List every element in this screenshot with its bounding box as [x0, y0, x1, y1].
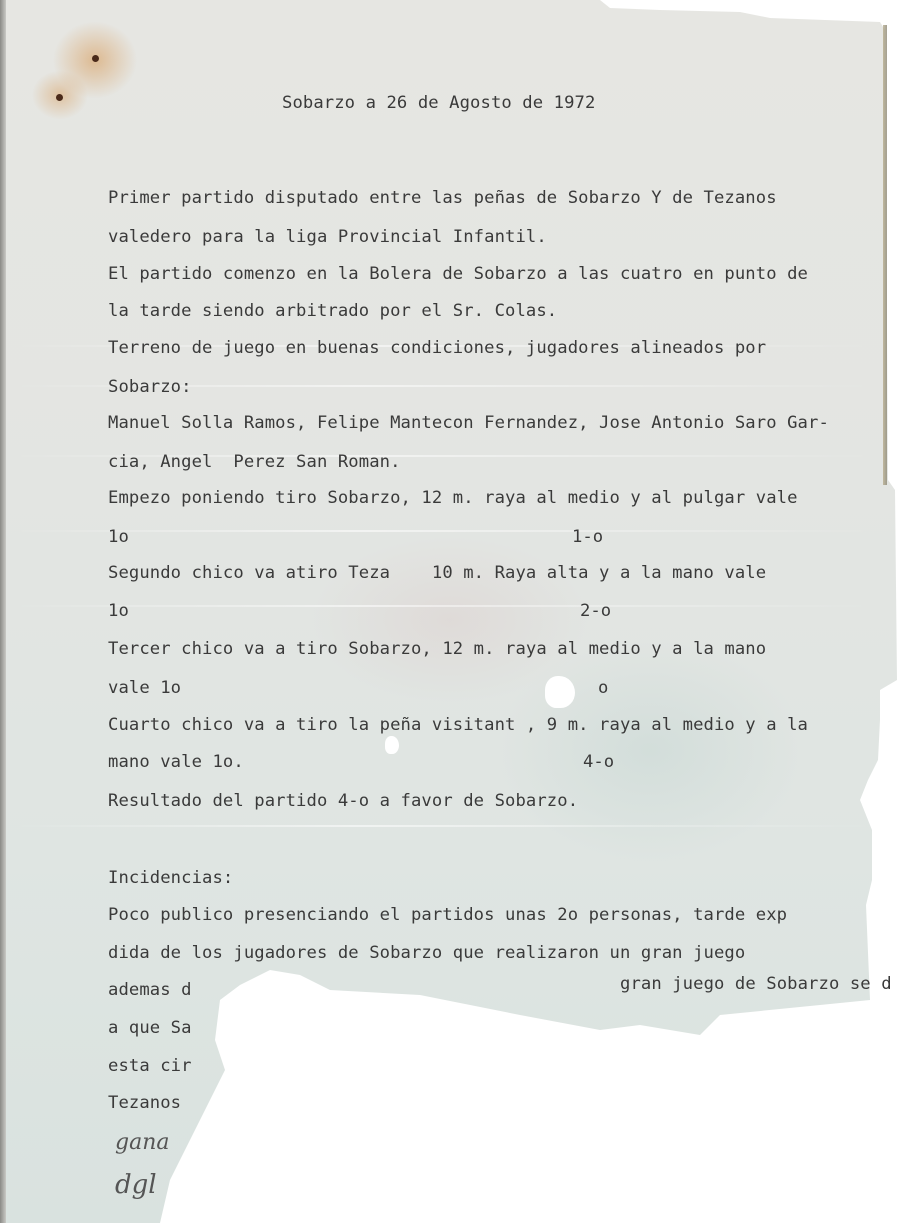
body-line: vale 1o	[108, 678, 181, 698]
paper-hole	[545, 676, 575, 708]
paper-hole	[385, 736, 399, 754]
incidencias-line: a que Sa	[108, 1018, 192, 1038]
body-line: Resultado del partido 4-o a favor de Sob…	[108, 791, 578, 811]
document-heading: Sobarzo a 26 de Agosto de 1972	[282, 93, 595, 113]
body-line: Primer partido disputado entre las peñas…	[108, 188, 777, 208]
handwritten-note: dgl	[115, 1170, 157, 1200]
body-line: valedero para la liga Provincial Infanti…	[108, 227, 547, 247]
incidencias-line: Tezanos	[108, 1093, 181, 1113]
score-value: 4-o	[583, 752, 614, 772]
body-line: 1o	[108, 601, 129, 621]
incidencias-heading: Incidencias:	[108, 868, 233, 888]
body-line: Sobarzo:	[108, 377, 192, 397]
score-value: o	[598, 678, 608, 698]
body-line: Tercer chico va a tiro Sobarzo, 12 m. ra…	[108, 639, 766, 659]
rust-stain-icon	[56, 94, 63, 101]
paper-crease	[10, 530, 880, 532]
incidencias-line: gran juego de Sobarzo se d	[620, 974, 892, 994]
body-line: El partido comenzo en la Bolera de Sobar…	[108, 264, 808, 284]
body-line: la tarde siendo arbitrado por el Sr. Col…	[108, 301, 557, 321]
incidencias-line: ademas d	[108, 980, 192, 1000]
body-line: mano vale 1o.	[108, 752, 244, 772]
body-line: Segundo chico va atiro Teza 10 m. Raya a…	[108, 563, 766, 583]
incidencias-line: esta cir	[108, 1056, 192, 1076]
body-line: Empezo poniendo tiro Sobarzo, 12 m. raya…	[108, 488, 798, 508]
score-value: 2-o	[580, 601, 611, 621]
score-value: 1-o	[572, 527, 603, 547]
body-line: 1o	[108, 527, 129, 547]
incidencias-line: dida de los jugadores de Sobarzo que rea…	[108, 943, 745, 963]
page-right-edge	[883, 25, 887, 485]
body-line: Cuarto chico va a tiro la peña visitant …	[108, 715, 808, 735]
body-line: Manuel Solla Ramos, Felipe Mantecon Fern…	[108, 413, 829, 433]
body-line: Terreno de juego en buenas condiciones, …	[108, 338, 766, 358]
body-line: cia, Angel Perez San Roman.	[108, 452, 401, 472]
document-page	[0, 0, 900, 1223]
incidencias-line: Poco publico presenciando el partidos un…	[108, 905, 787, 925]
page-left-edge	[0, 0, 6, 1223]
paper-crease	[10, 825, 880, 827]
rust-stain-icon	[92, 55, 99, 62]
paper-crease	[10, 605, 880, 607]
handwritten-note: gana	[115, 1130, 169, 1155]
